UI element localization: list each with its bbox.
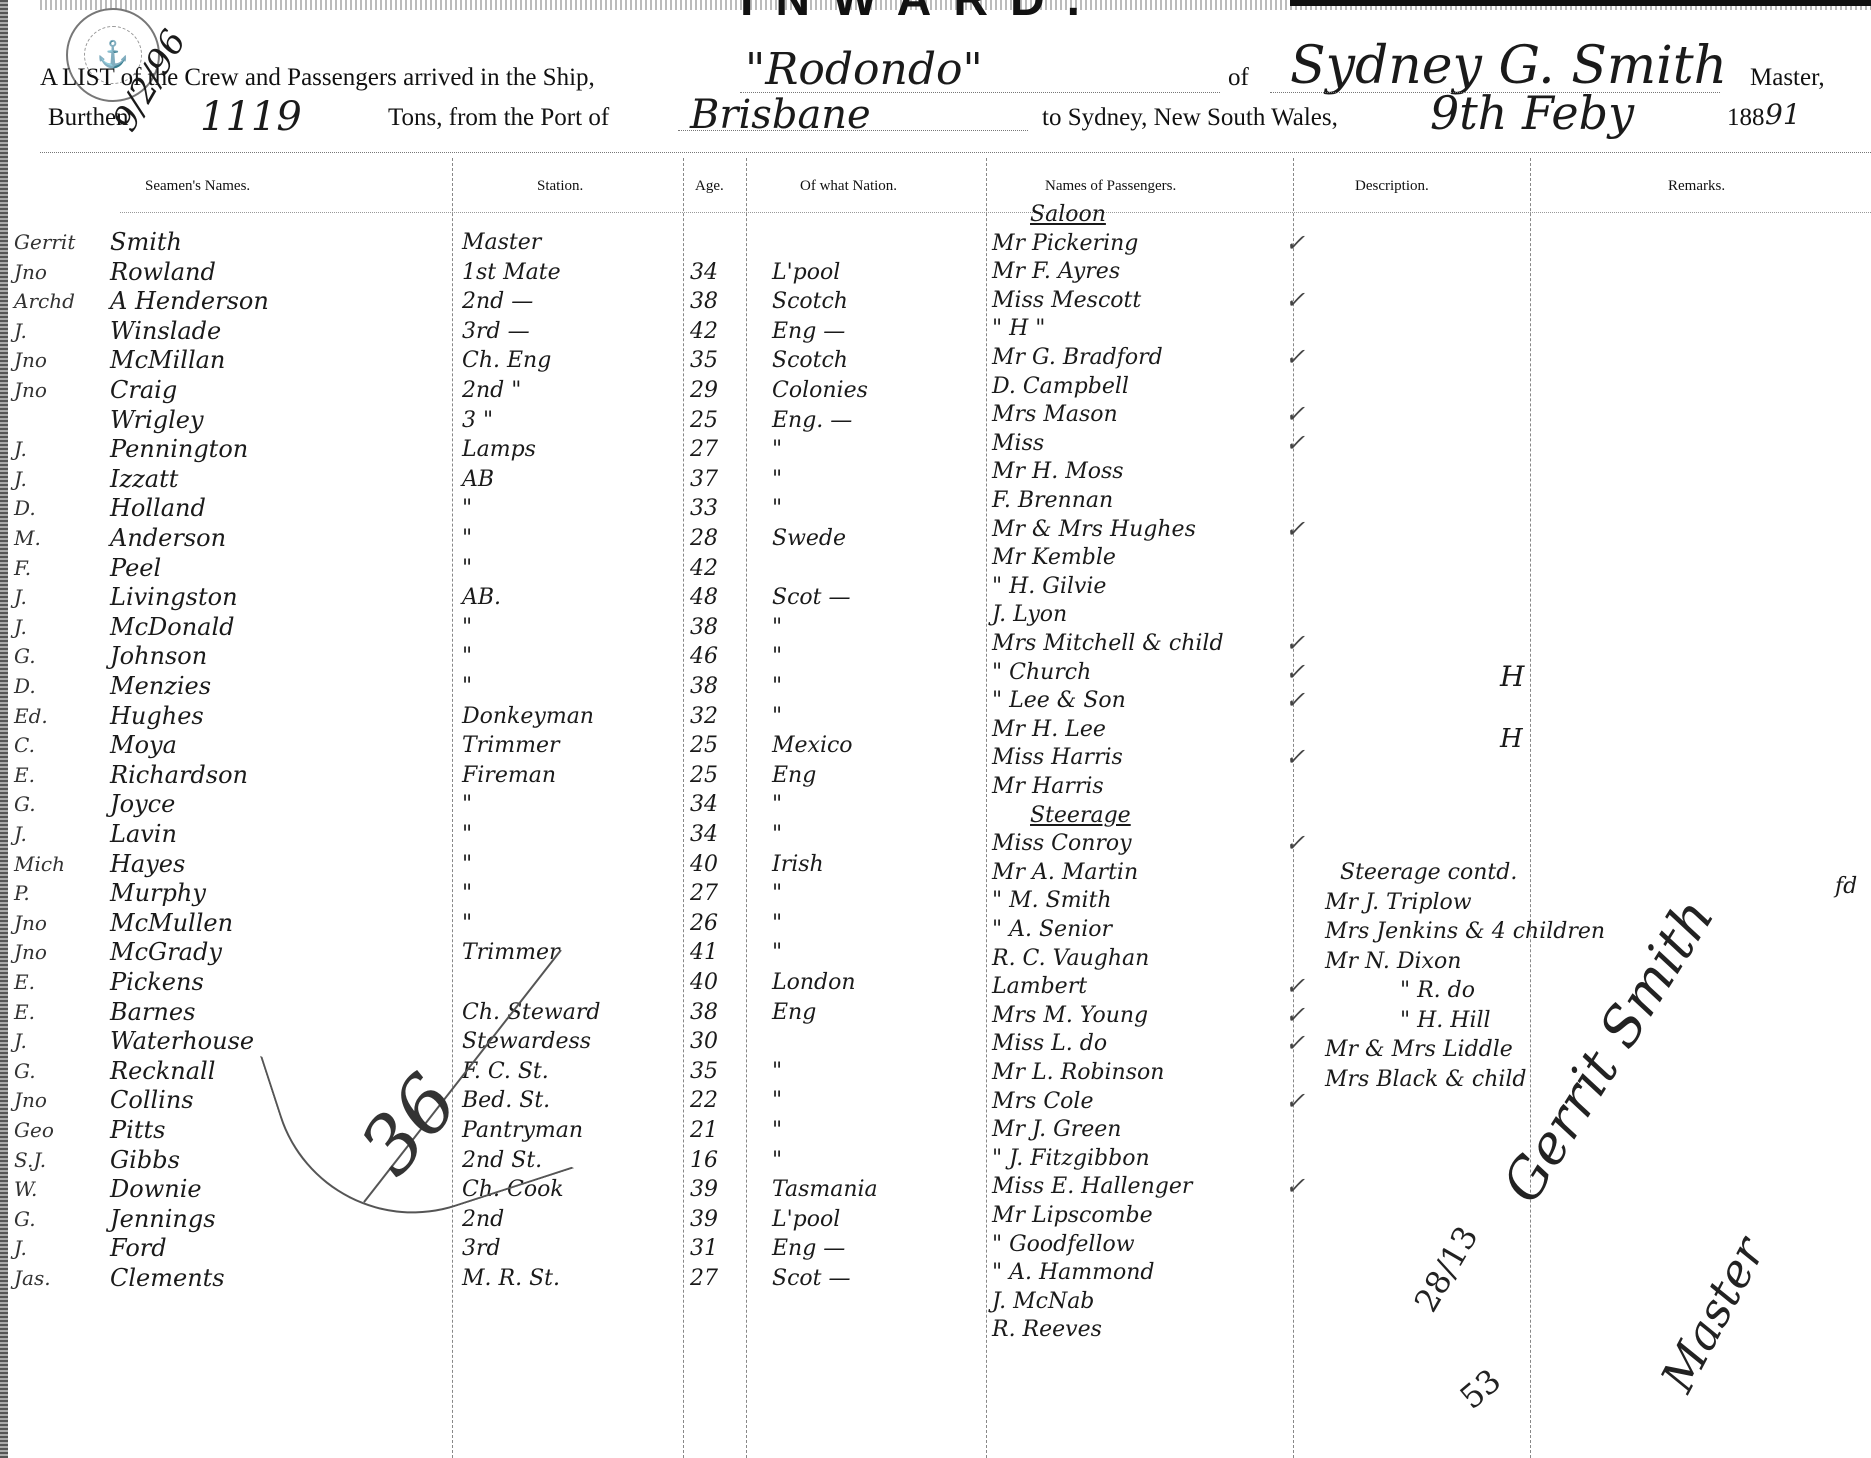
passenger-row: Miss E. Hallenger✓ (0, 1172, 1330, 1201)
description-entry: Mr J. Triplow (1325, 888, 1472, 917)
passenger-name: Miss L. do (992, 1029, 1107, 1058)
col-passenger-names: Names of Passengers. (1045, 178, 1176, 195)
passenger-name: Mr Harris (992, 772, 1104, 801)
description-entry: Mr N. Dixon (1325, 947, 1461, 976)
tons-value: 1119 (200, 94, 302, 140)
tally-total: 53 (1453, 1361, 1509, 1416)
passenger-row: D. Campbell (0, 372, 1330, 401)
description-entry: Mrs Jenkins & 4 children (1325, 917, 1605, 946)
passenger-name: Mr J. Green (992, 1115, 1121, 1144)
passenger-row: Steerage (0, 801, 1330, 830)
passenger-name: F. Brennan (992, 486, 1113, 515)
passenger-row: Mrs Cole✓ (0, 1087, 1330, 1116)
passenger-row: Mr Harris (0, 772, 1330, 801)
passenger-row: Mrs M. Young✓ (0, 1001, 1330, 1030)
passenger-row: R. C. Vaughan (0, 944, 1330, 973)
col-seamen-names: Seamen's Names. (145, 178, 250, 195)
passenger-name: " Lee & Son (992, 686, 1126, 715)
passenger-name: Mr H. Lee (992, 715, 1106, 744)
ship-name: "Rodondo" (745, 44, 983, 95)
passenger-name: Mr F. Ayres (992, 257, 1120, 286)
check-mark-icon: ✓ (1285, 686, 1305, 715)
check-mark-icon: ✓ (1285, 400, 1305, 429)
check-mark-icon: ✓ (1285, 1172, 1305, 1201)
passenger-name: Miss Conroy (992, 829, 1132, 858)
passenger-row: " J. Fitzgibbon (0, 1144, 1330, 1173)
remark-note: fd (1835, 874, 1857, 899)
passenger-name: Mrs M. Young (992, 1001, 1148, 1030)
passenger-name: " Goodfellow (992, 1230, 1135, 1259)
passenger-row: Mr L. Robinson (0, 1058, 1330, 1087)
check-mark-icon: ✓ (1285, 1001, 1305, 1030)
description-entry: " H. Hill (1400, 1006, 1491, 1035)
check-mark-icon: ✓ (1285, 343, 1305, 372)
check-mark-icon: ✓ (1285, 972, 1305, 1001)
arrival-date: 9th Feby (1430, 86, 1634, 140)
passenger-name: Mrs Mitchell & child (992, 629, 1224, 658)
passenger-row: " A. Hammond (0, 1258, 1330, 1287)
passenger-row: " Lee & Son✓ (0, 686, 1330, 715)
year-written: 91 (1765, 98, 1801, 131)
passenger-name: J. Lyon (992, 600, 1067, 629)
col-station: Station. (537, 178, 583, 195)
passenger-name: Mr Kemble (992, 543, 1116, 572)
remark-mark: H (1500, 660, 1524, 693)
passenger-row: Mr A. Martin (0, 858, 1330, 887)
passenger-row: Mr Kemble (0, 543, 1330, 572)
passenger-row: " Goodfellow (0, 1230, 1330, 1259)
passenger-name: " M. Smith (992, 886, 1112, 915)
passenger-row: Mr H. Lee (0, 715, 1330, 744)
passenger-row: " A. Senior (0, 915, 1330, 944)
passenger-name: " Church (992, 658, 1091, 687)
header-rule (40, 152, 1871, 153)
check-mark-icon: ✓ (1285, 629, 1305, 658)
check-mark-icon: ✓ (1285, 429, 1305, 458)
passenger-row: Miss Harris✓ (0, 743, 1330, 772)
passenger-row: Miss Conroy✓ (0, 829, 1330, 858)
passenger-row: Mr J. Green (0, 1115, 1330, 1144)
col-age: Age. (695, 178, 724, 195)
passenger-row: Miss✓ (0, 429, 1330, 458)
passenger-name: Mr G. Bradford (992, 343, 1163, 372)
passenger-name: Miss Harris (992, 743, 1123, 772)
passenger-name: " J. Fitzgibbon (992, 1144, 1150, 1173)
check-mark-icon: ✓ (1285, 515, 1305, 544)
passenger-name: R. C. Vaughan (992, 944, 1149, 973)
col-nation: Of what Nation. (800, 178, 897, 195)
description-entry: Steerage contd. (1340, 858, 1517, 887)
passenger-name: D. Campbell (992, 372, 1129, 401)
passenger-row: Lambert✓ (0, 972, 1330, 1001)
top-dark-border (1290, 0, 1871, 6)
passenger-name: Mr Pickering (992, 229, 1138, 258)
check-mark-icon: ✓ (1285, 229, 1305, 258)
check-mark-icon: ✓ (1285, 1029, 1305, 1058)
passenger-name: Mr & Mrs Hughes (992, 515, 1196, 544)
banner-title: INWARD. (740, 0, 1102, 27)
description-entry: Mrs Black & child (1325, 1065, 1527, 1094)
passenger-row: Mr & Mrs Hughes✓ (0, 515, 1330, 544)
description-entry: Mr & Mrs Liddle (1325, 1035, 1513, 1064)
passenger-row: Mrs Mitchell & child✓ (0, 629, 1330, 658)
passenger-name: Saloon (1030, 200, 1106, 229)
passenger-row: Miss L. do✓ (0, 1029, 1330, 1058)
passenger-name: Mr A. Martin (992, 858, 1138, 887)
passenger-name: Miss Mescott (992, 286, 1141, 315)
passenger-name: Mrs Cole (992, 1087, 1093, 1116)
description-entry: " R. do (1400, 976, 1475, 1005)
tons-label: Tons, from the Port of (388, 104, 609, 132)
passenger-row: Mr Lipscombe (0, 1201, 1330, 1230)
master-label: Master, (1750, 64, 1825, 92)
passenger-name: J. McNab (992, 1287, 1094, 1316)
passenger-row: Mr H. Moss (0, 457, 1330, 486)
passenger-row: Mr F. Ayres (0, 257, 1330, 286)
passenger-name: " A. Senior (992, 915, 1112, 944)
check-mark-icon: ✓ (1285, 743, 1305, 772)
passenger-name: Mr Lipscombe (992, 1201, 1153, 1230)
passenger-row: " Church✓ (0, 658, 1330, 687)
port-name: Brisbane (690, 92, 871, 138)
passenger-name: Mrs Mason (992, 400, 1118, 429)
passenger-row: " M. Smith (0, 886, 1330, 915)
destination-label: to Sydney, New South Wales, (1042, 104, 1338, 132)
passenger-row: R. Reeves (0, 1315, 1330, 1344)
passenger-name: R. Reeves (992, 1315, 1102, 1344)
passenger-name: Lambert (992, 972, 1087, 1001)
passenger-name: " H. Gilvie (992, 572, 1106, 601)
passenger-name: Miss (992, 429, 1044, 458)
passenger-row: " H " (0, 314, 1330, 343)
remark-mark: H (1500, 724, 1523, 754)
passenger-row: J. McNab (0, 1287, 1330, 1316)
passenger-row: Saloon (0, 200, 1330, 229)
passenger-name: " H " (992, 314, 1045, 343)
passenger-name: " A. Hammond (992, 1258, 1155, 1287)
col-remarks: Remarks. (1668, 178, 1725, 195)
passenger-name: Miss E. Hallenger (992, 1172, 1192, 1201)
passenger-row: Mrs Mason✓ (0, 400, 1330, 429)
passenger-row: J. Lyon (0, 600, 1330, 629)
port-line (678, 130, 1028, 131)
passenger-row: " H. Gilvie (0, 572, 1330, 601)
passenger-name: Mr L. Robinson (992, 1058, 1164, 1087)
list-prefix: A (40, 64, 58, 92)
col-description: Description. (1355, 178, 1429, 195)
check-mark-icon: ✓ (1285, 1087, 1305, 1116)
check-mark-icon: ✓ (1285, 286, 1305, 315)
passenger-name: Steerage (1030, 801, 1131, 830)
of-label: of (1228, 64, 1249, 92)
passenger-name: Mr H. Moss (992, 457, 1124, 486)
check-mark-icon: ✓ (1285, 829, 1305, 858)
year-printed: 188 (1727, 104, 1765, 132)
passenger-row: Mr G. Bradford✓ (0, 343, 1330, 372)
passenger-row: Miss Mescott✓ (0, 286, 1330, 315)
check-mark-icon: ✓ (1285, 658, 1305, 687)
passenger-row: Mr Pickering✓ (0, 229, 1330, 258)
passenger-row: F. Brennan (0, 486, 1330, 515)
